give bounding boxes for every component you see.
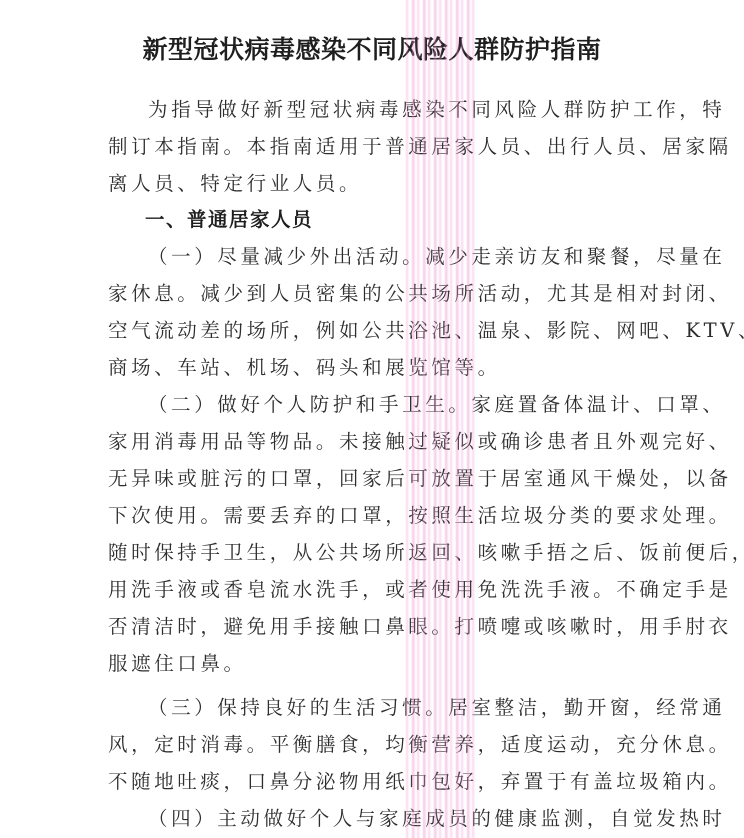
document-title: 新型冠状病毒感染不同风险人群防护指南 [0,30,744,66]
paragraph-line: 不随地吐痰，口鼻分泌物用纸巾包好，弃置于有盖垃圾箱内。 [108,769,638,795]
paragraph-line: 风，定时消毒。平衡膳食，均衡营养，适度运动，充分休息。 [108,732,638,758]
paragraph-line: （三）保持良好的生活习惯。居室整洁，勤开窗，经常通 [148,695,638,721]
paragraph-line: 下次使用。需要丢弃的口罩，按照生活垃圾分类的要求处理。 [108,503,638,529]
intro-line: 制订本指南。本指南适用于普通居家人员、出行人员、居家隔 [108,134,638,160]
paragraph-line: （一）尽量减少外出活动。减少走亲访友和聚餐，尽量在 [148,244,638,270]
paragraph-line: 否清洁时，避免用手接触口鼻眼。打喷嚏或咳嗽时，用手肘衣 [108,614,638,640]
paragraph-line: （二）做好个人防护和手卫生。家庭置备体温计、口罩、 [148,392,638,418]
paragraph-line: 服遮住口鼻。 [108,651,638,677]
intro-line: 为指导做好新型冠状病毒感染不同风险人群防护工作，特 [148,97,638,123]
section-heading: 一、普通居家人员 [145,207,675,233]
paragraph-line: 家休息。减少到人员密集的公共场所活动，尤其是相对封闭、 [108,281,638,307]
paragraph-line: 用洗手液或香皂流水洗手，或者使用免洗洗手液。不确定手是 [108,577,638,603]
document-page: 新型冠状病毒感染不同风险人群防护指南 为指导做好新型冠状病毒感染不同风险人群防护… [0,0,744,838]
paragraph-line: 商场、车站、机场、码头和展览馆等。 [108,355,638,381]
intro-line: 离人员、特定行业人员。 [108,171,638,197]
paragraph-line: 家用消毒用品等物品。未接触过疑似或确诊患者且外观完好、 [108,429,638,455]
paragraph-line: 无异味或脏污的口罩，回家后可放置于居室通风干燥处，以备 [108,466,638,492]
paragraph-line: （四）主动做好个人与家庭成员的健康监测，自觉发热时 [148,806,638,832]
paragraph-line: 空气流动差的场所，例如公共浴池、温泉、影院、网吧、KTV、 [108,318,638,344]
paragraph-line: 随时保持手卫生，从公共场所返回、咳嗽手捂之后、饭前便后， [108,540,638,566]
